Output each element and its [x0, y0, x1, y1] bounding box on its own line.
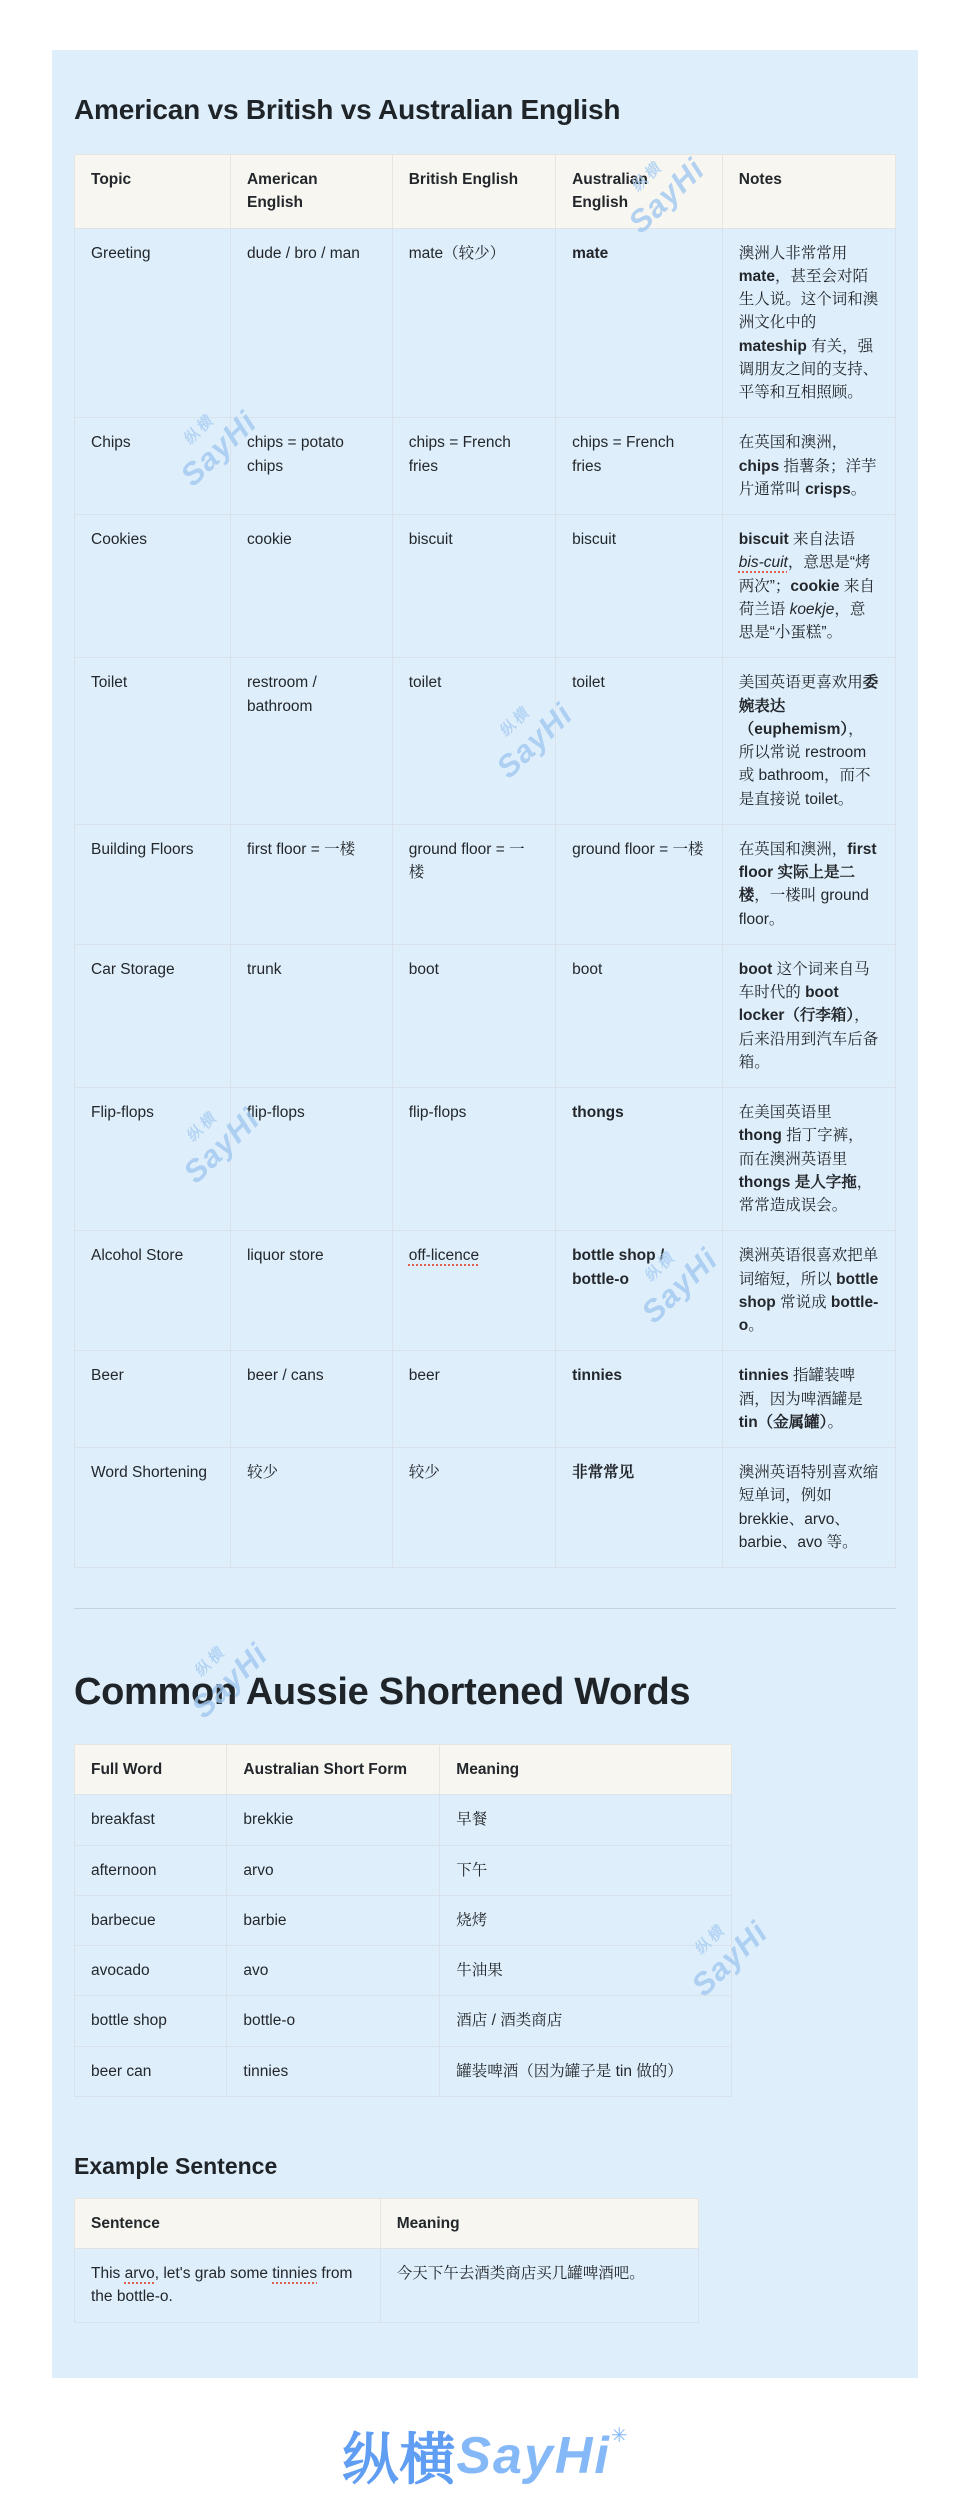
table-row: Toiletrestroom / bathroomtoilettoilet美国英…	[75, 658, 896, 825]
cell-american: trunk	[230, 944, 392, 1087]
cell-british: chips = French fries	[392, 418, 555, 515]
header-row: SentenceMeaning	[75, 2198, 699, 2248]
cell-american: dude / bro / man	[230, 228, 392, 418]
logo-sayhi-text: SayHi	[456, 2427, 611, 2485]
text-segment: beer	[409, 1367, 440, 1384]
column-header: Notes	[722, 155, 895, 229]
text-segment: thong	[739, 1127, 782, 1144]
text-segment: liquor store	[247, 1247, 324, 1264]
column-header: British English	[392, 155, 555, 229]
comparison-table: TopicAmerican EnglishBritish EnglishAust…	[74, 154, 896, 1568]
text-segment: restroom / bathroom	[247, 674, 317, 714]
table-row: bottle shopbottle-o酒店 / 酒类商店	[75, 1996, 732, 2046]
text-segment: first floor = 一楼	[247, 841, 355, 858]
text-segment: tinnies	[272, 2265, 317, 2282]
text-segment: chips = potato chips	[247, 434, 344, 474]
cell-full-word: breakfast	[75, 1795, 227, 1845]
column-header: Sentence	[75, 2198, 381, 2248]
text-segment: trunk	[247, 961, 281, 978]
cell-topic: Flip-flops	[75, 1088, 231, 1231]
table-row: breakfastbrekkie早餐	[75, 1795, 732, 1845]
text-segment: boot	[409, 961, 439, 978]
text-segment: boot	[572, 961, 602, 978]
text-segment: beer / cans	[247, 1367, 324, 1384]
text-segment: tinnies	[572, 1367, 622, 1384]
cell-british: beer	[392, 1351, 555, 1448]
cell-short-form: barbie	[227, 1895, 440, 1945]
cell-australian: toilet	[556, 658, 723, 825]
cell-american: flip-flops	[230, 1088, 392, 1231]
cell-australian: mate	[556, 228, 723, 418]
text-segment: thongs 是人字拖	[739, 1174, 857, 1191]
cell-australian: biscuit	[556, 515, 723, 658]
cell-australian: thongs	[556, 1088, 723, 1231]
header-row: TopicAmerican EnglishBritish EnglishAust…	[75, 155, 896, 229]
text-segment: 来自法语	[789, 531, 855, 548]
cell-american: cookie	[230, 515, 392, 658]
table-row: Building Floorsfirst floor = 一楼ground fl…	[75, 824, 896, 944]
text-segment: chips	[739, 458, 779, 475]
text-segment: 较少	[247, 1464, 278, 1481]
text-segment: 澳洲英语特别喜欢缩短单词，例如 brekkie、arvo、barbie、avo …	[739, 1464, 879, 1551]
text-segment: mate	[572, 245, 608, 262]
page: American vs British vs Australian Englis…	[0, 0, 970, 2500]
cell-british: 较少	[392, 1448, 555, 1568]
cell-full-word: avocado	[75, 1946, 227, 1996]
text-segment: off-licence	[409, 1247, 479, 1264]
table-row: Cookiescookiebiscuitbiscuitbiscuit 来自法语 …	[75, 515, 896, 658]
text-segment: , let's grab some	[155, 2265, 273, 2282]
cell-short-form: bottle-o	[227, 1996, 440, 2046]
logo-chinese-text: 纵横	[342, 2428, 456, 2491]
text-segment: 澳洲人非常常用	[739, 245, 848, 262]
text-segment: ，一楼叫 ground floor。	[739, 887, 869, 927]
cell-british: ground floor = 一楼	[392, 824, 555, 944]
text-segment: 。	[827, 1414, 843, 1431]
cell-british: toilet	[392, 658, 555, 825]
cell-australian: boot	[556, 944, 723, 1087]
cell-american: beer / cans	[230, 1351, 392, 1448]
header-row: Full WordAustralian Short FormMeaning	[75, 1745, 732, 1795]
text-segment: toilet	[409, 674, 442, 691]
text-segment: biscuit	[572, 531, 616, 548]
text-segment: ground floor = 一楼	[409, 841, 525, 881]
table-row: Alcohol Storeliquor storeoff-licencebott…	[75, 1231, 896, 1351]
text-segment: bis-cuit	[739, 554, 788, 571]
cell-notes: 澳洲人非常常用 mate，甚至会对陌生人说。这个词和澳洲文化中的 mateshi…	[722, 228, 895, 418]
cell-meaning: 罐装啤酒（因为罐子是 tin 做的）	[440, 2046, 732, 2096]
text-segment: 美国英语更喜欢用	[739, 674, 863, 691]
cell-meaning: 酒店 / 酒类商店	[440, 1996, 732, 2046]
cell-short-form: brekkie	[227, 1795, 440, 1845]
cell-american: 较少	[230, 1448, 392, 1568]
comparison-table-body: Greetingdude / bro / manmate（较少）mate澳洲人非…	[75, 228, 896, 1568]
cell-meaning: 今天下午去酒类商店买几罐啤酒吧。	[380, 2249, 698, 2323]
cell-notes: boot 这个词来自马车时代的 boot locker（行李箱），后来沿用到汽车…	[722, 944, 895, 1087]
text-segment: chips = French fries	[409, 434, 511, 474]
text-segment: thongs	[572, 1104, 624, 1121]
cell-full-word: bottle shop	[75, 1996, 227, 2046]
cell-meaning: 烧烤	[440, 1895, 732, 1945]
text-segment: flip-flops	[247, 1104, 305, 1121]
text-segment: 在英国和澳洲，	[739, 841, 848, 858]
cell-topic: Chips	[75, 418, 231, 515]
table-row: Flip-flopsflip-flopsflip-flopsthongs在美国英…	[75, 1088, 896, 1231]
table-row: afternoonarvo下午	[75, 1845, 732, 1895]
cell-notes: 澳洲英语特别喜欢缩短单词，例如 brekkie、arvo、barbie、avo …	[722, 1448, 895, 1568]
text-segment: This	[91, 2265, 125, 2282]
cell-british: mate（较少）	[392, 228, 555, 418]
cell-topic: Car Storage	[75, 944, 231, 1087]
table-row: barbecuebarbie烧烤	[75, 1895, 732, 1945]
cell-notes: 澳洲英语很喜欢把单词缩短，所以 bottle shop 常说成 bottle-o…	[722, 1231, 895, 1351]
cell-british: off-licence	[392, 1231, 555, 1351]
text-segment: 非常常见	[572, 1464, 634, 1481]
table-row: Greetingdude / bro / manmate（较少）mate澳洲人非…	[75, 228, 896, 418]
cell-australian: chips = French fries	[556, 418, 723, 515]
text-segment: tinnies	[739, 1367, 789, 1384]
cell-meaning: 早餐	[440, 1795, 732, 1845]
section-title-shortened-words: Common Aussie Shortened Words	[74, 1671, 896, 1714]
text-segment: flip-flops	[409, 1104, 467, 1121]
example-table-head: SentenceMeaning	[75, 2198, 699, 2248]
text-segment: biscuit	[409, 531, 453, 548]
table-row: This arvo, let's grab some tinnies from …	[75, 2249, 699, 2323]
column-header: Full Word	[75, 1745, 227, 1795]
table-row: Word Shortening较少较少非常常见澳洲英语特别喜欢缩短单词，例如 b…	[75, 1448, 896, 1568]
table-row: avocadoavo牛油果	[75, 1946, 732, 1996]
cell-british: boot	[392, 944, 555, 1087]
cell-topic: Toilet	[75, 658, 231, 825]
cell-full-word: beer can	[75, 2046, 227, 2096]
example-sentence-table: SentenceMeaning This arvo, let's grab so…	[74, 2198, 699, 2323]
cell-topic: Greeting	[75, 228, 231, 418]
text-segment: ground floor = 一楼	[572, 841, 703, 858]
text-segment: mate	[739, 268, 775, 285]
table-row: beer cantinnies罐装啤酒（因为罐子是 tin 做的）	[75, 2046, 732, 2096]
column-header: Meaning	[380, 2198, 698, 2248]
text-segment: 。	[748, 1317, 764, 1334]
site-logo: 纵横SayHi✳	[0, 2416, 970, 2496]
column-header: Australian Short Form	[227, 1745, 440, 1795]
cell-notes: 在英国和澳洲，chips 指薯条；洋芋片通常叫 crisps。	[722, 418, 895, 515]
text-segment: bottle shop / bottle-o	[572, 1247, 664, 1287]
cell-short-form: arvo	[227, 1845, 440, 1895]
content-card: American vs British vs Australian Englis…	[52, 50, 918, 2378]
logo-star-icon: ✳	[611, 2425, 628, 2447]
comparison-table-head: TopicAmerican EnglishBritish EnglishAust…	[75, 155, 896, 229]
text-segment: arvo	[125, 2265, 155, 2282]
shortened-words-table: Full WordAustralian Short FormMeaning br…	[74, 1744, 732, 2097]
text-segment: 常说成	[776, 1294, 831, 1311]
cell-notes: 在美国英语里 thong 指丁字裤，而在澳洲英语里 thongs 是人字拖，常常…	[722, 1088, 895, 1231]
text-segment: dude / bro / man	[247, 245, 360, 262]
section-divider	[74, 1608, 896, 1609]
text-segment: toilet	[572, 674, 605, 691]
cell-australian: ground floor = 一楼	[556, 824, 723, 944]
text-segment: boot	[739, 961, 773, 978]
cell-american: liquor store	[230, 1231, 392, 1351]
cell-american: chips = potato chips	[230, 418, 392, 515]
text-segment: mate（较少）	[409, 245, 505, 262]
text-segment: tin（金属罐）	[739, 1414, 828, 1431]
cell-australian: 非常常见	[556, 1448, 723, 1568]
text-segment: chips = French fries	[572, 434, 674, 474]
cell-american: restroom / bathroom	[230, 658, 392, 825]
text-segment: crisps	[805, 481, 851, 498]
cell-topic: Beer	[75, 1351, 231, 1448]
cell-topic: Word Shortening	[75, 1448, 231, 1568]
text-segment: mateship	[739, 338, 807, 355]
text-segment: biscuit	[739, 531, 789, 548]
cell-australian: bottle shop / bottle-o	[556, 1231, 723, 1351]
column-header: Meaning	[440, 1745, 732, 1795]
example-table-body: This arvo, let's grab some tinnies from …	[75, 2249, 699, 2323]
table-row: Beerbeer / cansbeertinniestinnies 指罐装啤酒，…	[75, 1351, 896, 1448]
text-segment: koekje	[790, 601, 835, 618]
cell-notes: 美国英语更喜欢用委婉表达（euphemism），所以常说 restroom 或 …	[722, 658, 895, 825]
table-row: Car Storagetrunkbootbootboot 这个词来自马车时代的 …	[75, 944, 896, 1087]
text-segment: 较少	[409, 1464, 440, 1481]
cell-american: first floor = 一楼	[230, 824, 392, 944]
cell-notes: tinnies 指罐装啤酒，因为啤酒罐是 tin（金属罐）。	[722, 1351, 895, 1448]
cell-british: biscuit	[392, 515, 555, 658]
cell-topic: Building Floors	[75, 824, 231, 944]
shortened-table-body: breakfastbrekkie早餐afternoonarvo下午barbecu…	[75, 1795, 732, 2097]
text-segment: 。	[851, 481, 867, 498]
text-segment: cookie	[790, 578, 839, 595]
cell-notes: 在英国和澳洲，first floor 实际上是二楼，一楼叫 ground flo…	[722, 824, 895, 944]
cell-sentence: This arvo, let's grab some tinnies from …	[75, 2249, 381, 2323]
text-segment: cookie	[247, 531, 292, 548]
cell-australian: tinnies	[556, 1351, 723, 1448]
cell-topic: Cookies	[75, 515, 231, 658]
text-segment: 今天下午去酒类商店买几罐啤酒吧。	[397, 2265, 645, 2282]
cell-meaning: 牛油果	[440, 1946, 732, 1996]
text-segment: 在英国和澳洲，	[739, 434, 848, 451]
cell-short-form: tinnies	[227, 2046, 440, 2096]
cell-short-form: avo	[227, 1946, 440, 1996]
cell-full-word: afternoon	[75, 1845, 227, 1895]
column-header: Australian English	[556, 155, 723, 229]
example-sentence-title: Example Sentence	[74, 2153, 896, 2180]
shortened-table-head: Full WordAustralian Short FormMeaning	[75, 1745, 732, 1795]
cell-meaning: 下午	[440, 1845, 732, 1895]
cell-notes: biscuit 来自法语 bis-cuit，意思是“烤两次”；cookie 来自…	[722, 515, 895, 658]
cell-topic: Alcohol Store	[75, 1231, 231, 1351]
column-header: American English	[230, 155, 392, 229]
text-segment: 在美国英语里	[739, 1104, 832, 1121]
column-header: Topic	[75, 155, 231, 229]
page-title: American vs British vs Australian Englis…	[74, 94, 896, 126]
cell-british: flip-flops	[392, 1088, 555, 1231]
table-row: Chipschips = potato chipschips = French …	[75, 418, 896, 515]
cell-full-word: barbecue	[75, 1895, 227, 1945]
